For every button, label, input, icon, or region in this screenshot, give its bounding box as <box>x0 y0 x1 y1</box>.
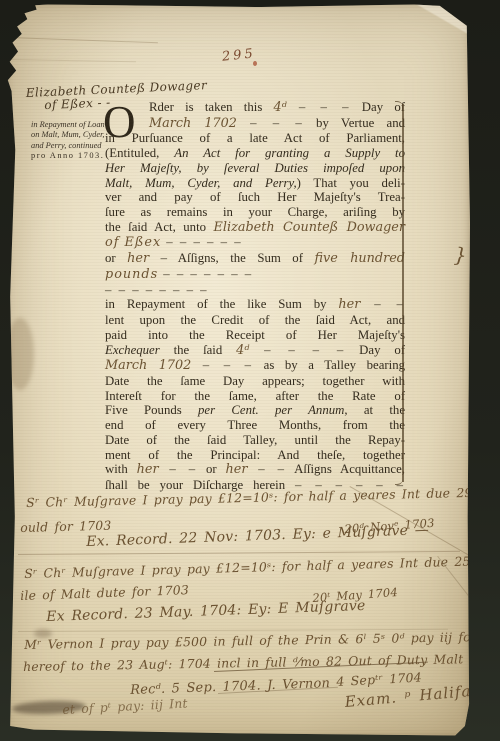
printed-text: in Purſuance of a late Act of Parliament… <box>105 131 405 145</box>
printed-dashes: – – <box>247 462 286 476</box>
handwritten-insert: her <box>226 462 248 477</box>
endorsement-line: ould for 1703 <box>20 518 112 535</box>
printed-dashes: – – – <box>250 116 304 130</box>
printed-italic: Her Majeſty, by ſeveral Duties impoſed u… <box>105 161 405 175</box>
endorsement-line: hereof to the 23 Augᵗ: 1704 incl in full… <box>23 651 500 674</box>
printed-dashes: – – – – – – – – <box>105 283 209 297</box>
handwritten-insert: of Eßex <box>105 235 166 250</box>
printed-line: end of every Three Months, from the <box>105 418 405 433</box>
handwritten-insert: March 1702 <box>105 358 203 373</box>
printed-dashes: – – <box>360 297 405 311</box>
printed-line: Intereſt for the ſame, after the Rate of <box>105 389 405 404</box>
printed-italic: An Act for granting a Supply to <box>174 146 405 160</box>
printed-text: – Aſſigns, the Sum of <box>149 251 314 265</box>
printed-line: ver and pay of ſuch Her Majeſty's Trea- <box>105 190 405 205</box>
printed-order-text: Rder is taken this 4ᵈ – – – Day ofMarch … <box>105 100 405 493</box>
printed-dashes: – – – <box>203 358 253 372</box>
folio-number: 295 <box>221 46 256 64</box>
printed-line: Exchequer the ſaid 4ᵈ – – – – Day of <box>105 343 405 359</box>
margin-note-line: pro Anno 1703. <box>31 151 115 161</box>
printed-text: by Vertue and <box>304 116 405 130</box>
printed-text: as by a Talley bearing <box>253 358 405 372</box>
endorsement-line: Sʳ Chʳ Muſgrave I pray pay £12=10ˢ: for … <box>24 551 500 581</box>
printed-line: – – – – – – – – <box>105 283 405 298</box>
printed-line: of Eßex – – – – – – <box>105 235 405 251</box>
handwritten-insert: 4ᵈ <box>274 100 299 115</box>
handwritten-insert: her <box>137 462 159 477</box>
printed-line: Her Majeſty, by ſeveral Duties impoſed u… <box>105 161 405 176</box>
printed-text: Aſſigns Acquittance, <box>286 462 405 476</box>
printed-text: Rder is taken this <box>149 100 274 114</box>
printed-text: ſure as remains in your Charge, ariſing … <box>105 205 405 219</box>
endorsement-line: Ex Record. 23 May. 1704: Ey: E Muſgrave <box>46 598 366 625</box>
paper-crease <box>8 37 158 43</box>
corner-fold <box>416 4 468 34</box>
printed-line: Date the ſame Day appears; together with <box>105 374 405 389</box>
printed-text: ) That you deli- <box>297 176 405 190</box>
endorsement-receipt: Recᵈ. 5 Sep. 1704. J. Vernon <box>130 676 330 698</box>
printed-line: ſure as remains in your Charge, ariſing … <box>105 205 405 220</box>
endorsement-line: ile of Malt dute for 1703 <box>20 582 189 603</box>
printed-italic: Exchequer <box>105 343 160 357</box>
printed-text: Intereſt for the ſame, after the Rate of <box>105 389 405 403</box>
printed-line: ment of the Principal: And theſe, togeth… <box>105 448 405 463</box>
printed-dashes: – – – – – – – <box>163 267 253 281</box>
handwritten-insert: March 1702 <box>149 116 250 131</box>
endorsement-line: Mʳ Vernon I pray pay £500 in full of the… <box>24 628 500 652</box>
handwritten-insert: her <box>338 297 360 312</box>
endorsement-line: et of pᵗ pay: iij Int <box>62 695 188 717</box>
printed-dashes: – – – – <box>264 343 345 357</box>
printed-text: the ſaid <box>160 343 236 357</box>
printed-line: in Purſuance of a late Act of Parliament… <box>105 131 405 146</box>
printed-text: or <box>105 251 127 265</box>
printed-text: or <box>197 462 225 476</box>
printed-line: paid into the Receipt of Her Majeſty's <box>105 328 405 343</box>
side-bracket-rule <box>402 104 404 482</box>
printed-text: (Entituled, <box>105 146 174 160</box>
printed-line: Malt, Mum, Cyder, and Perry,) That you d… <box>105 176 405 191</box>
printed-line: Date of the ſaid Talley, until the Repay… <box>105 433 405 448</box>
stain <box>6 318 34 390</box>
printed-text: Date of the ſaid Talley, until the Repay… <box>105 433 405 447</box>
brace-mark: } <box>453 243 467 268</box>
printed-dashes: – – <box>159 462 198 476</box>
document-page: 295 Elizabeth Counteß Dowager of Eßex - … <box>6 3 470 737</box>
printed-text: in Repayment of the like Sum by <box>105 297 338 311</box>
printed-text: end of every Three Months, from the <box>105 418 405 432</box>
printed-line: in Repayment of the like Sum by her – – <box>105 297 405 313</box>
printed-text: with <box>105 462 137 476</box>
printed-text: ment of the Principal: And theſe, togeth… <box>105 448 405 462</box>
printed-line: or her – Aſſigns, the Sum of five hundre… <box>105 251 405 267</box>
printed-text: Date the ſame Day appears; together with <box>105 374 405 388</box>
handwritten-insert: pounds <box>105 267 163 282</box>
printed-line: (Entituled, An Act for granting a Supply… <box>105 146 405 161</box>
printed-line: with her – – or her – – Aſſigns Acquitta… <box>105 462 405 478</box>
printed-line: March 1702 – – – as by a Talley bearing <box>105 358 405 374</box>
printed-text: Day of <box>345 343 405 357</box>
printed-italic: Malt, Mum, Cyder, and Perry, <box>105 176 297 190</box>
handwritten-insert: 4ᵈ <box>236 343 264 358</box>
entry-separator <box>18 551 460 555</box>
printed-text: , at the <box>344 403 405 417</box>
printed-text: ver and pay of ſuch Her Majeſty's Trea- <box>105 190 405 204</box>
printed-text: the ſaid Act, unto <box>105 220 214 234</box>
printed-line: lent upon the Credit of the ſaid Act, an… <box>105 313 405 328</box>
scan-stage: 295 Elizabeth Counteß Dowager of Eßex - … <box>0 0 500 741</box>
printed-line: the ſaid Act, unto Elizabeth Counteß Dow… <box>105 220 405 236</box>
printed-text: lent upon the Credit of the ſaid Act, an… <box>105 313 405 327</box>
printed-dashes: – – – <box>299 100 351 114</box>
handwritten-insert: Elizabeth Counteß Dowager <box>214 220 405 235</box>
printed-line: Five Pounds per Cent. per Annum, at the <box>105 403 405 418</box>
handwritten-insert: her <box>127 251 149 266</box>
printed-line: pounds – – – – – – – <box>105 267 405 283</box>
printed-line: March 1702 – – – by Vertue and <box>105 116 405 132</box>
printed-text: Five Pounds <box>105 403 198 417</box>
printed-italic: per Cent. per Annum <box>198 403 344 417</box>
paper-crease <box>6 59 136 62</box>
handwritten-insert: five hundred <box>314 251 405 266</box>
printed-dashes: – – – – – – <box>166 235 242 249</box>
printed-text: paid into the Receipt of Her Majeſty's <box>105 328 405 342</box>
printed-line: Rder is taken this 4ᵈ – – – Day of <box>105 100 405 116</box>
ink-speck <box>253 61 257 66</box>
endorsement-date: 4 Sepᵗʳ 1704 <box>336 670 422 689</box>
